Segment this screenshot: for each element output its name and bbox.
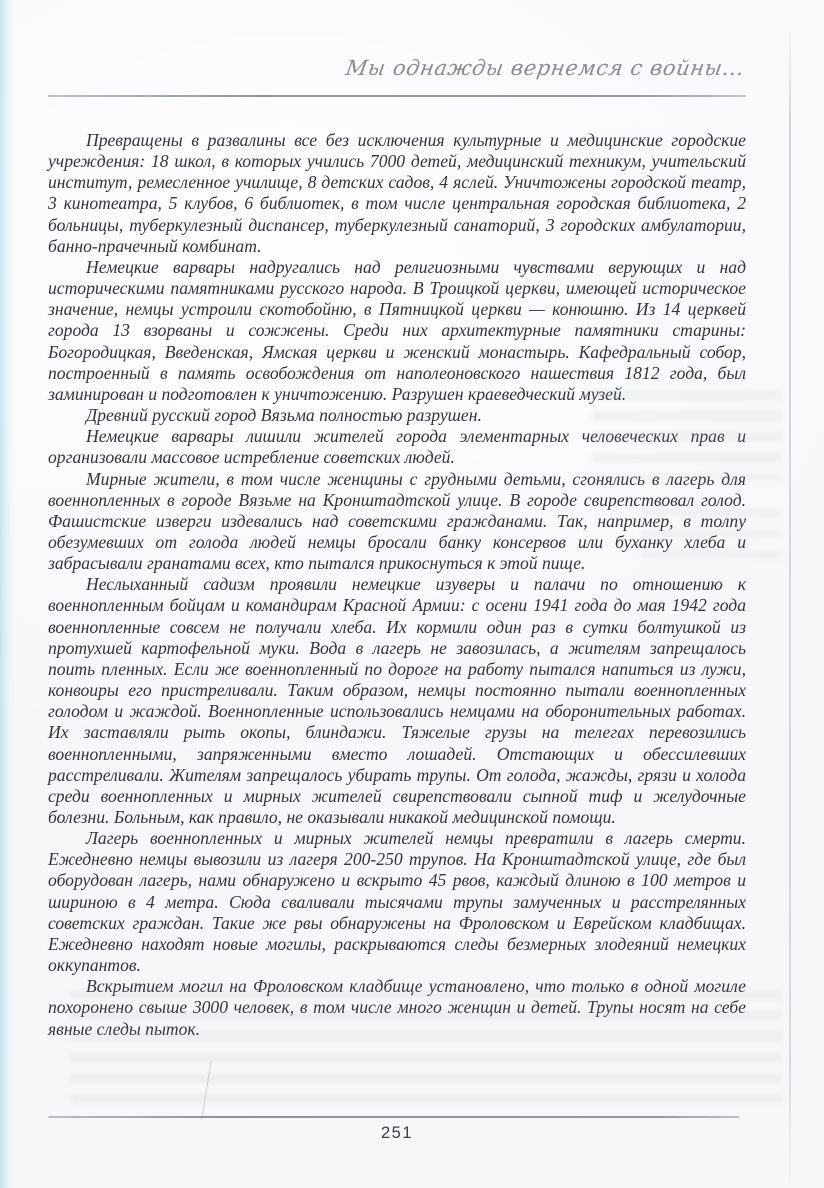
page-number: 251	[48, 1124, 746, 1143]
book-page-scan: Мы однажды вернемся с войны... Превращен…	[0, 0, 824, 1188]
paragraph: Превращены в развалины все без исключени…	[48, 130, 746, 257]
paragraph: Немецкие варвары лишили жителей города э…	[48, 426, 746, 468]
running-header: Мы однажды вернемся с войны...	[48, 56, 746, 80]
body-text: Превращены в развалины все без исключени…	[48, 130, 746, 1040]
paragraph: Лагерь военнопленных и мирных жителей не…	[48, 828, 746, 976]
paragraph: Мирные жители, в том числе женщины с гру…	[48, 469, 746, 575]
scan-artifact-line	[201, 1060, 211, 1119]
paragraph: Древний русский город Вязьма полностью р…	[48, 405, 746, 426]
running-header-title: Мы однажды вернемся с войны...	[344, 56, 748, 80]
paragraph: Вскрытием могил на Фроловском кладбище у…	[48, 976, 746, 1039]
footer-rule	[48, 1116, 740, 1118]
page-left-edge-tint	[0, 0, 16, 1188]
paragraph: Немецкие варвары надругались над религио…	[48, 257, 746, 405]
paragraph: Неслыханный садизм проявили немецкие изу…	[48, 574, 746, 828]
page-right-edge-shadow	[789, 28, 791, 1188]
header-rule	[48, 95, 746, 97]
